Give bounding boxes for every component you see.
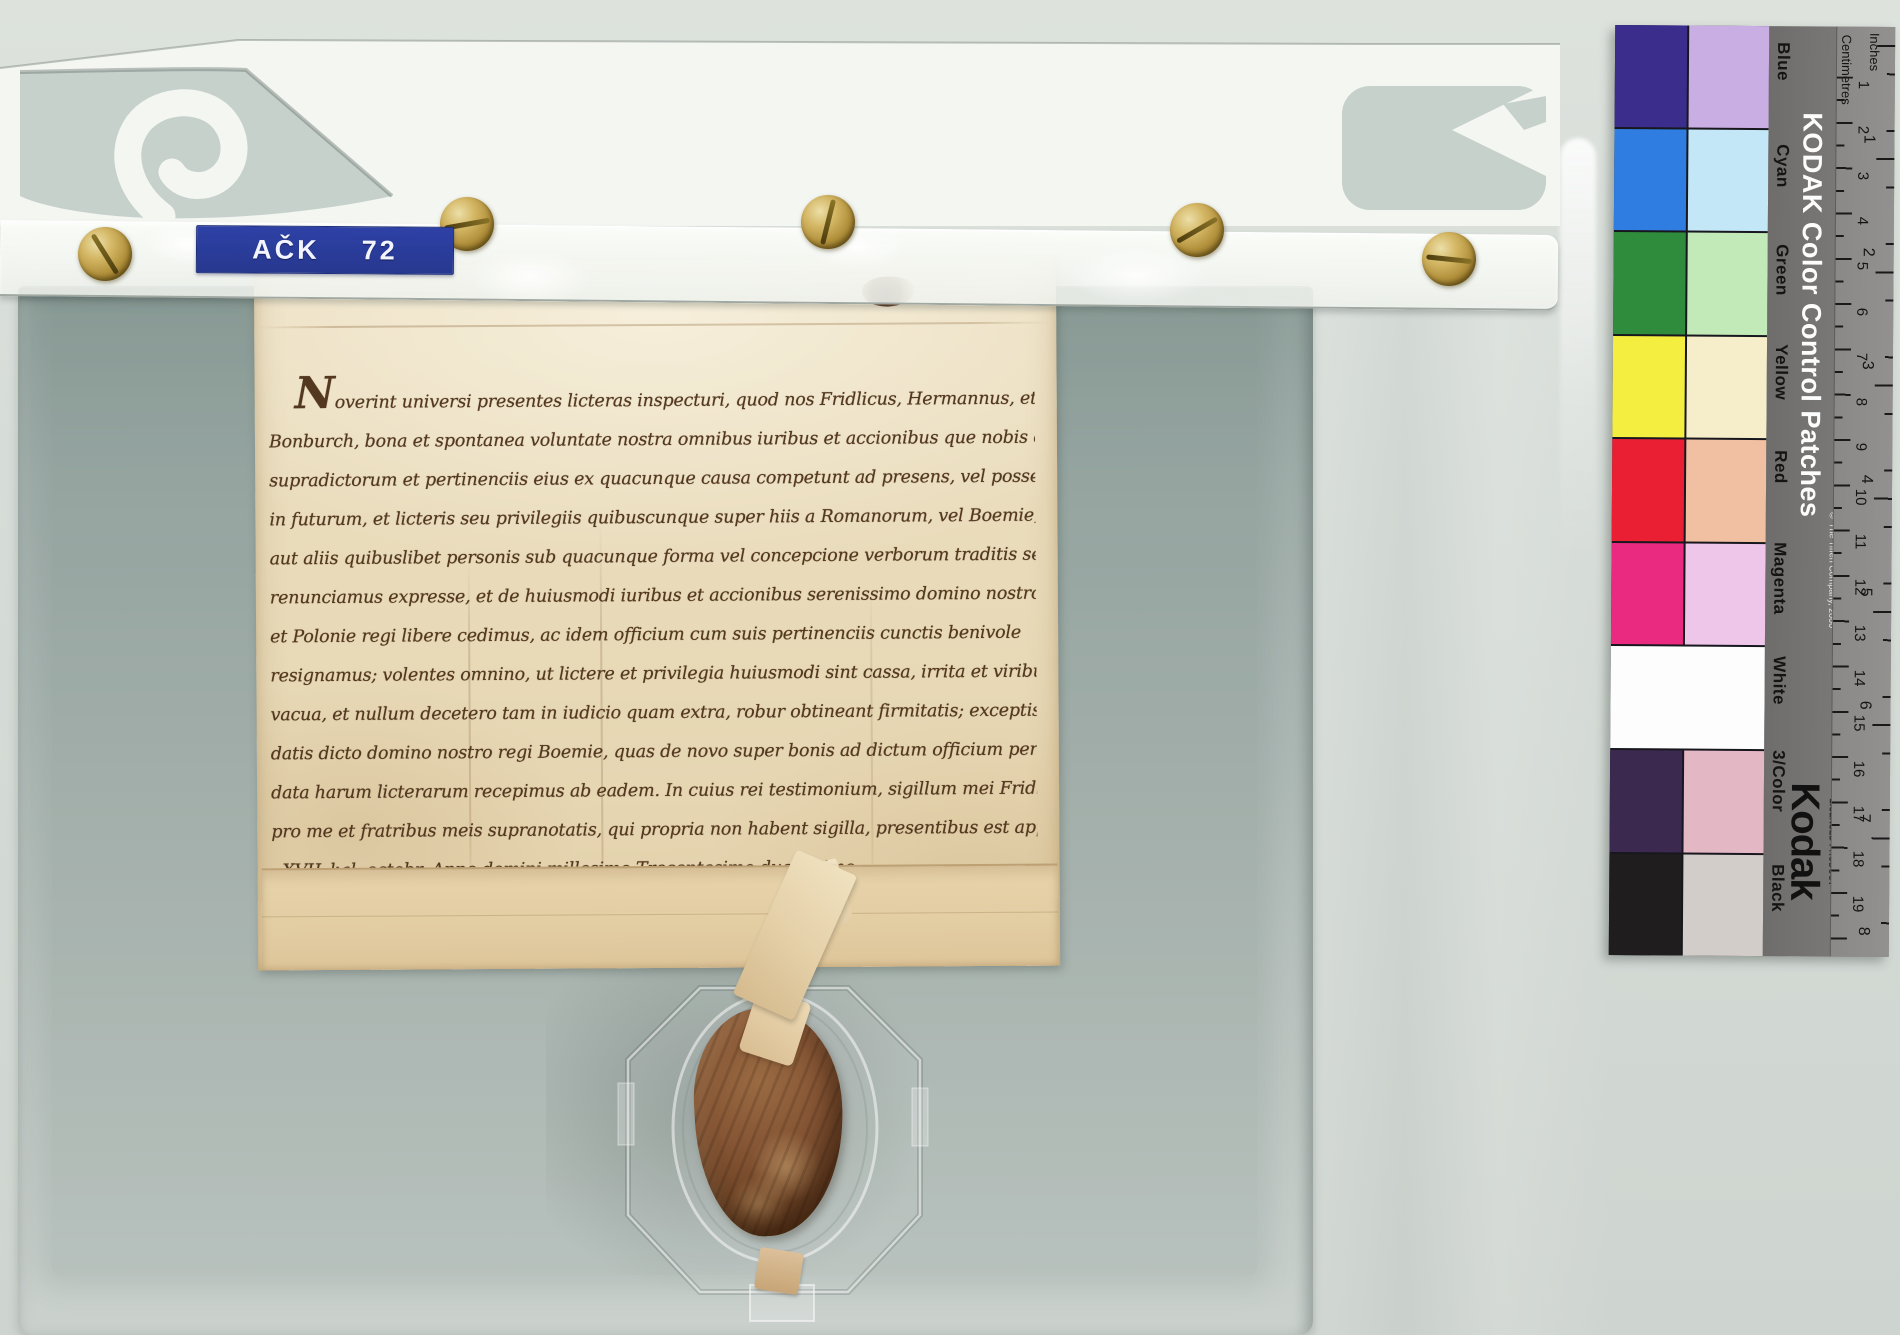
ruler-number: 2 (1854, 126, 1871, 134)
manuscript-line: datis dicto domino nostro regi Boemie, q… (271, 731, 1037, 775)
parchment-charter: Noverint universi presentes licteras ins… (254, 256, 1060, 971)
patch-red (1612, 439, 1685, 541)
patch-label-blue: Blue (1773, 42, 1793, 81)
patch-row-blue (1615, 25, 1770, 128)
manuscript-text: Noverint universi presentes licteras ins… (269, 370, 1038, 892)
plica-fold (262, 864, 1059, 971)
manuscript-line: resignamus; volentes omnino, ut lictere … (270, 653, 1036, 697)
patch-3color (1609, 750, 1682, 852)
patch-label-cyan: Cyan (1772, 144, 1792, 188)
brass-screw (1422, 232, 1476, 286)
kodak-logo: Kodak (1781, 782, 1827, 900)
patch-red-tint (1686, 440, 1767, 542)
manuscript-line: et Polonie regi libere cedimus, ac idem … (270, 614, 1036, 658)
manuscript-line: aut aliis quibuslibet personis sub quacu… (270, 536, 1036, 580)
brass-screw (1170, 203, 1224, 257)
patch-3color-tint (1683, 750, 1764, 852)
ruler-number: 2 (1859, 248, 1877, 257)
kodak-ruler: Centimetres Inches 123456789101112131415… (1830, 27, 1895, 957)
ruler-number: 3 (1854, 171, 1871, 179)
patch-magenta (1611, 543, 1684, 645)
plastic-reflection (1560, 138, 1596, 568)
archive-shelfmark-label: AČK 72 (196, 225, 454, 275)
patch-label-green: Green (1771, 244, 1791, 296)
plica-fold-line (262, 912, 1058, 918)
kodak-color-control-strip: Blue Cyan Green Yellow Red Magenta White… (1609, 25, 1895, 957)
shelfmark-code: AČK (252, 234, 320, 265)
patch-yellow (1612, 336, 1685, 438)
screw-slot (820, 199, 836, 245)
patch-black-tint (1683, 854, 1764, 956)
patch-black (1609, 854, 1682, 956)
patch-label-red: Red (1770, 450, 1790, 484)
seal-tag-tip (754, 1247, 804, 1295)
patch-label-yellow: Yellow (1771, 344, 1791, 400)
ruler-number: 15 (1850, 715, 1867, 732)
patch-row-3color (1609, 750, 1764, 853)
patch-row-magenta (1611, 543, 1766, 646)
patch-blue-tint (1689, 26, 1770, 128)
ruler-number: 6 (1853, 307, 1870, 315)
brass-screw (78, 227, 132, 281)
manuscript-line: renunciamus expresse, et de huiusmodi iu… (270, 575, 1036, 619)
patch-row-cyan (1614, 129, 1769, 232)
ruler-number: 19 (1849, 896, 1866, 913)
screw-slot (91, 233, 120, 275)
ruler-number: 10 (1852, 488, 1869, 505)
hanger-plate (0, 26, 1560, 226)
ruler-number: 6 (1855, 701, 1873, 710)
ruler-number: 3 (1858, 361, 1876, 370)
patch-magenta-tint (1685, 543, 1766, 645)
manuscript-line: Noverint universi presentes licteras ins… (269, 370, 1035, 424)
patch-label-white: White (1769, 656, 1789, 705)
manuscript-line: vacua, et nullum decetero tam in iudicio… (271, 692, 1037, 736)
shelfmark-number: 72 (362, 235, 398, 266)
screw-slot (1176, 216, 1219, 244)
horizontal-crease (256, 322, 1050, 329)
patch-cyan-tint (1688, 129, 1769, 231)
ruler-number: 18 (1849, 851, 1866, 868)
patch-row-yellow (1612, 336, 1767, 439)
screw-slot (1426, 254, 1473, 264)
ruler-number: 7 (1853, 352, 1870, 360)
patch-row-green (1613, 232, 1768, 335)
patch-white (1610, 646, 1765, 749)
patch-row-white (1610, 646, 1765, 749)
ruler-number: 8 (1853, 398, 1870, 406)
ruler-number: 16 (1850, 760, 1867, 777)
manuscript-line: Bonburch, bona et spontanea voluntate no… (269, 419, 1035, 463)
kodak-gray-panel: Blue Cyan Green Yellow Red Magenta White… (1763, 26, 1895, 957)
inch-tick-marks (1871, 27, 1895, 947)
patch-cyan (1614, 129, 1687, 231)
ruler-number: 8 (1854, 927, 1872, 936)
color-patches (1609, 25, 1769, 956)
archival-photo-stage: Noverint universi presentes licteras ins… (0, 0, 1900, 1335)
patch-green (1613, 232, 1686, 334)
patch-blue (1615, 25, 1688, 127)
patch-green-tint (1687, 233, 1768, 335)
ruler-number: 1 (1855, 81, 1872, 89)
patch-label-magenta: Magenta (1769, 542, 1790, 615)
patch-row-red (1612, 439, 1767, 542)
ruler-number: 1 (1859, 135, 1877, 144)
ruler-number: 7 (1855, 814, 1873, 823)
ruler-number: 4 (1857, 474, 1875, 483)
ruler-number: 11 (1852, 534, 1869, 550)
manuscript-line: pro me et fratribus meis supranotatis, q… (271, 809, 1037, 853)
ruler-number: 4 (1854, 217, 1871, 225)
ruler-number: 13 (1851, 624, 1868, 641)
ruler-number: 14 (1851, 670, 1868, 687)
ruler-number: 5 (1854, 262, 1871, 270)
manuscript-line: data harum licterarum recepimus ab eadem… (271, 770, 1037, 814)
manuscript-line: in futurum, et licteris seu privilegiis … (269, 497, 1035, 541)
patch-yellow-tint (1686, 336, 1767, 438)
ruler-number: 9 (1852, 443, 1869, 451)
patch-row-black (1609, 854, 1764, 957)
brass-screw (801, 195, 855, 249)
ruler-number: 5 (1856, 588, 1874, 597)
manuscript-line: supradictorum et pertinenciis eius ex qu… (269, 458, 1035, 502)
kodak-strip-title: KODAK Color Control Patches (1794, 112, 1828, 517)
